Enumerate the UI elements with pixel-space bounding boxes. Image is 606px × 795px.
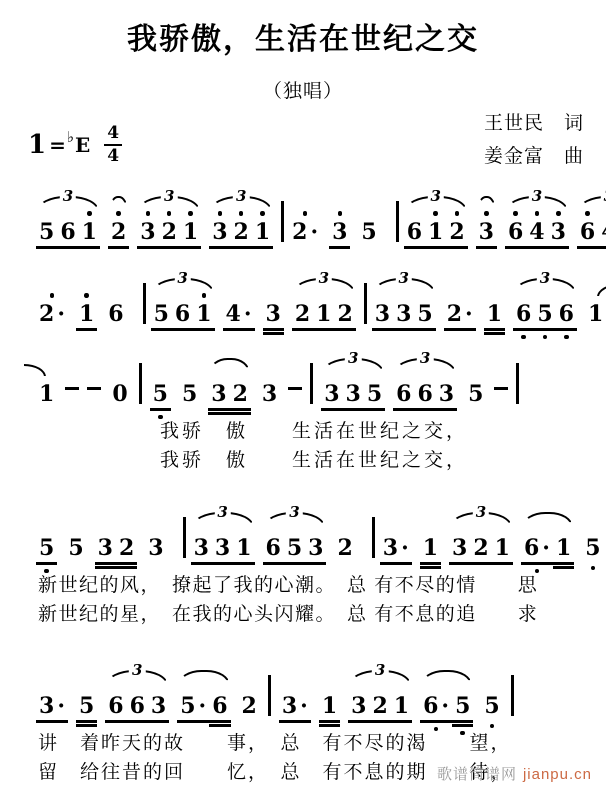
- note: 3: [145, 535, 166, 561]
- augmentation-dot: ·: [57, 693, 65, 719]
- note-digit: 6: [407, 219, 422, 245]
- note: 4: [598, 219, 606, 245]
- octave-dot-low: [582, 566, 603, 571]
- note-group: 3: [259, 381, 280, 407]
- underline-beam: [380, 562, 412, 564]
- note: 2·: [444, 301, 476, 327]
- note: 3: [212, 535, 233, 561]
- note-digit: 6: [130, 693, 145, 719]
- octave-dot-high: [193, 293, 214, 298]
- note: 3: [305, 535, 326, 561]
- note-group: 2·: [289, 219, 321, 245]
- note-group: 1: [319, 693, 340, 719]
- note-group: 5: [582, 535, 603, 561]
- note: 1: [585, 301, 606, 327]
- triplet-label: 3: [316, 271, 332, 286]
- note: 6·: [521, 535, 553, 561]
- note-digit: 1: [487, 301, 502, 327]
- underline-beam: [513, 328, 534, 330]
- triplet-group: 3653: [263, 535, 327, 561]
- note-digit: 3: [215, 535, 230, 561]
- underline-beam: [263, 328, 284, 330]
- underline-beam: [414, 328, 435, 330]
- music-line-2: 2·1635614·3321233352·136561: [36, 295, 606, 327]
- triplet-group: 3663: [393, 381, 457, 407]
- note-digit: 5: [39, 535, 54, 561]
- lyrics-line-4-verse-1: 新世纪的风， 撩起了我的心潮。 总 有不尽的情 思: [38, 571, 606, 600]
- note-digit: 1: [79, 301, 94, 327]
- note-digit: 4: [226, 301, 241, 327]
- note-digit: 2: [449, 219, 464, 245]
- underline-beam: [148, 720, 169, 722]
- triplet-label: 3: [529, 189, 545, 204]
- underline-beam: [223, 328, 255, 330]
- triplet-group: 3212: [292, 301, 356, 327]
- dash-prolong: [288, 375, 302, 401]
- augmentation-dot: ·: [441, 693, 449, 719]
- key-equals: =: [49, 133, 66, 157]
- music-line-4: 553233331365323·133216·15: [36, 529, 606, 561]
- note-digit: 3: [262, 381, 277, 407]
- note: 2·: [36, 301, 68, 327]
- note-digit: 0: [112, 381, 127, 407]
- note-digit: 5: [468, 381, 483, 407]
- underline-beam: [420, 720, 452, 722]
- note-group: 3: [263, 301, 284, 327]
- note: 2: [334, 301, 355, 327]
- octave-dot-low: [521, 569, 553, 574]
- note: 3: [321, 381, 342, 407]
- octave-dot-high: [548, 211, 569, 216]
- note: 5: [36, 219, 57, 245]
- octave-dot-high: [209, 211, 230, 216]
- underline-beam: [76, 724, 97, 726]
- underline-beam: [127, 720, 148, 722]
- underline-beam: [212, 562, 233, 564]
- underline-beam: [452, 724, 473, 726]
- underline-beam: [436, 408, 457, 410]
- underline-beam: [116, 562, 137, 564]
- slur-arc: [421, 670, 472, 685]
- note-digit: 1: [39, 381, 54, 407]
- octave-dot-high: [108, 211, 129, 216]
- underline-beam: [36, 720, 68, 722]
- note-digit: 1: [316, 301, 331, 327]
- underline-beam: [321, 408, 342, 410]
- octave-dot-low: [513, 335, 534, 340]
- slur-arc: [522, 512, 573, 527]
- augmentation-dot: ·: [465, 301, 473, 327]
- note-digit: 3: [375, 301, 390, 327]
- underline-beam: [57, 246, 78, 248]
- octave-dot-high: [252, 211, 273, 216]
- note-digit: 3: [140, 219, 155, 245]
- octave-dot-high: [36, 293, 68, 298]
- triplet-group: 3335: [372, 301, 436, 327]
- underline-beam: [521, 562, 553, 564]
- note-digit: 5: [39, 219, 54, 245]
- triplet-group: 3331: [191, 535, 255, 561]
- triplet-group: 3321: [449, 535, 513, 561]
- note: 5: [582, 535, 603, 561]
- note-digit: 1: [322, 693, 337, 719]
- note: 2: [231, 219, 252, 245]
- note-digit: 1: [255, 219, 270, 245]
- triplet-label: 3: [601, 189, 606, 204]
- note-digit: 5: [287, 535, 302, 561]
- underline-beam: [343, 408, 364, 410]
- note: 2: [446, 219, 467, 245]
- note-digit: 6: [396, 381, 411, 407]
- triplet-label: 3: [233, 189, 249, 204]
- composer: 姜金富 曲: [484, 140, 584, 173]
- note-group: 3: [145, 535, 166, 561]
- octave-dot-low: [36, 569, 57, 574]
- note: 3: [343, 381, 364, 407]
- underline-beam: [319, 720, 340, 722]
- note: 1: [36, 381, 57, 407]
- note: 5: [481, 693, 502, 719]
- note-digit: 1: [236, 535, 251, 561]
- note: 6: [556, 301, 577, 327]
- triplet-label: 3: [537, 271, 553, 286]
- note: 1: [180, 219, 201, 245]
- note: 3: [208, 381, 229, 407]
- octave-dot-low: [452, 731, 473, 736]
- octave-dot-high: [598, 211, 606, 216]
- underline-beam: [420, 566, 441, 568]
- note-digit: 6: [508, 219, 523, 245]
- credits: 王世民 词 姜金富 曲: [484, 107, 584, 173]
- note: 6: [263, 535, 284, 561]
- underline-beam: [209, 724, 230, 726]
- underline-beam: [452, 720, 473, 722]
- underline-beam: [79, 246, 100, 248]
- underline-beam: [505, 246, 526, 248]
- note-digit: 5: [585, 535, 600, 561]
- note-digit: 1: [423, 535, 438, 561]
- octave-dot-high: [329, 211, 350, 216]
- underline-beam: [319, 724, 340, 726]
- note-digit: 5: [484, 693, 499, 719]
- note-group: 1: [76, 301, 97, 327]
- note-digit: 1: [428, 219, 443, 245]
- note-digit: 3: [308, 535, 323, 561]
- slur-group: 32: [208, 381, 251, 407]
- note: 5: [534, 301, 555, 327]
- octave-dot-low: [420, 727, 452, 732]
- song-title: 我骄傲，生活在世纪之交: [0, 14, 606, 58]
- note: 3·: [279, 693, 311, 719]
- tie-arc: [24, 364, 46, 376]
- note: 5: [65, 535, 86, 561]
- note: 1: [252, 219, 273, 245]
- barline: [511, 687, 514, 713]
- note: 3: [548, 219, 569, 245]
- note-group: 3: [329, 219, 350, 245]
- octave-dot-high: [231, 211, 252, 216]
- note-group: 2·: [444, 301, 476, 327]
- note-group: 1: [420, 535, 441, 561]
- note-group: 5: [150, 381, 171, 407]
- dash-prolong: [87, 375, 101, 401]
- note-digit: 2: [233, 381, 248, 407]
- underline-beam: [548, 246, 569, 248]
- triplet-label: 3: [286, 505, 302, 520]
- note-digit: 3: [266, 301, 281, 327]
- note-digit: 6: [60, 219, 75, 245]
- note-digit: 1: [588, 301, 603, 327]
- note-digit: 2: [111, 219, 126, 245]
- key-letter: E: [75, 133, 90, 157]
- underline-beam: [230, 408, 251, 410]
- note-group: 4·: [223, 301, 255, 327]
- note-digit: 6: [212, 693, 227, 719]
- dash-prolong: [65, 375, 79, 401]
- note: 2: [116, 535, 137, 561]
- underline-beam: [208, 412, 229, 414]
- note-digit: 2: [162, 219, 177, 245]
- underline-beam: [369, 720, 390, 722]
- triplet-group: 3561: [151, 301, 215, 327]
- note: 1: [420, 535, 441, 561]
- underline-beam: [36, 246, 57, 248]
- underline-beam: [95, 562, 116, 564]
- note-digit: 3: [351, 693, 366, 719]
- note: 3: [259, 381, 280, 407]
- triplet-group: 3335: [321, 381, 385, 407]
- note-group: 1: [484, 301, 505, 327]
- note: 5: [151, 301, 172, 327]
- underline-beam: [233, 562, 254, 564]
- augmentation-dot: ·: [542, 535, 550, 561]
- octave-dot-high: [159, 211, 180, 216]
- underline-beam: [95, 566, 116, 568]
- note: 3·: [380, 535, 412, 561]
- note: 6: [505, 219, 526, 245]
- note-group: 1: [36, 381, 57, 407]
- note: 0: [109, 381, 130, 407]
- lyrics-line-5-verse-1: 讲 着昨天的故 事， 总 有不尽的渴 望，: [38, 729, 606, 758]
- underline-beam: [208, 408, 229, 410]
- note: 1: [484, 301, 505, 327]
- note-digit: 5: [367, 381, 382, 407]
- meta-row: 1 = ♭ E 4 4 王世民 词 姜金富 曲: [0, 107, 606, 171]
- note-digit: 3: [98, 535, 113, 561]
- note-digit: 3: [324, 381, 339, 407]
- note-digit: 6: [175, 301, 190, 327]
- music-line-1: 35612332133212·353612336433643: [36, 213, 606, 245]
- note: 6: [105, 693, 126, 719]
- note-digit: 3: [396, 301, 411, 327]
- note: 2: [108, 219, 129, 245]
- note: 2: [230, 381, 251, 407]
- underline-beam: [76, 720, 97, 722]
- time-signature: 4 4: [104, 125, 122, 165]
- note-digit: 2: [337, 535, 352, 561]
- note-group: 2: [334, 535, 355, 561]
- triplet-group: 3321: [209, 219, 273, 245]
- barline: [516, 375, 519, 401]
- note-digit: 5: [180, 693, 195, 719]
- note-group: 32: [95, 535, 138, 561]
- note-digit: 1: [495, 535, 510, 561]
- underline-beam: [116, 566, 137, 568]
- note-digit: 3: [332, 219, 347, 245]
- note: 1: [425, 219, 446, 245]
- underline-beam: [598, 246, 606, 248]
- note: 1: [319, 693, 340, 719]
- note: 2: [292, 301, 313, 327]
- triplet-label: 3: [174, 271, 190, 286]
- note-digit: 5: [361, 219, 376, 245]
- triplet-group: 3561: [36, 219, 100, 245]
- triplet-group: 3321: [348, 693, 412, 719]
- note: 6: [513, 301, 534, 327]
- meter-numerator: 4: [104, 125, 122, 146]
- octave-dot-high: [180, 211, 201, 216]
- note: 3: [476, 219, 497, 245]
- note: 5: [179, 381, 200, 407]
- note-digit: 2: [295, 301, 310, 327]
- octave-dot-high: [425, 211, 446, 216]
- underline-beam: [313, 328, 334, 330]
- underline-beam: [446, 246, 467, 248]
- underline-beam: [556, 328, 577, 330]
- note-group: 3·: [380, 535, 412, 561]
- note: 6: [105, 301, 126, 327]
- note-group: 5: [65, 535, 86, 561]
- note: 1: [76, 301, 97, 327]
- note: 5·: [177, 693, 209, 719]
- note-group: 5: [465, 381, 486, 407]
- note-digit: 4: [601, 219, 606, 245]
- note-digit: 5: [417, 301, 432, 327]
- note-group: 3·: [36, 693, 68, 719]
- underline-beam: [263, 332, 284, 334]
- slur-group: 6·5: [420, 693, 473, 719]
- note-digit: 2: [292, 219, 307, 245]
- underline-beam: [230, 412, 251, 414]
- barline: [310, 375, 313, 401]
- note: 5: [150, 381, 171, 407]
- note-group: 2·: [36, 301, 68, 327]
- underline-beam: [284, 562, 305, 564]
- note: 6: [404, 219, 425, 245]
- note-digit: 5: [537, 301, 552, 327]
- note: 3: [348, 693, 369, 719]
- underline-beam: [484, 332, 505, 334]
- note: 1: [193, 301, 214, 327]
- note: 3: [191, 535, 212, 561]
- octave-dot-high: [577, 211, 598, 216]
- note: 4·: [223, 301, 255, 327]
- note-group: 5: [36, 535, 57, 561]
- octave-dot-low: [556, 335, 577, 340]
- octave-dot-high: [526, 211, 547, 216]
- note: 5: [452, 693, 473, 719]
- music-line-3: 1055323333536635: [36, 375, 606, 407]
- underline-beam: [177, 720, 209, 722]
- watermark: 歌谱简谱网jianpu.cn: [437, 763, 592, 784]
- octave-dot-high: [79, 211, 100, 216]
- note-digit: 2: [337, 301, 352, 327]
- triplet-label: 3: [473, 505, 489, 520]
- underline-beam: [334, 328, 355, 330]
- underline-beam: [492, 562, 513, 564]
- underline-beam: [404, 246, 425, 248]
- note-digit: 6: [108, 693, 123, 719]
- underline-beam: [108, 246, 129, 248]
- note-digit: 5: [79, 693, 94, 719]
- note-digit: 5: [182, 381, 197, 407]
- note-digit: 6: [516, 301, 531, 327]
- augmentation-dot: ·: [57, 301, 65, 327]
- note-digit: 2: [234, 219, 249, 245]
- slur-arc: [209, 358, 250, 373]
- note-digit: 1: [196, 301, 211, 327]
- note: 6: [209, 693, 230, 719]
- note: 5: [284, 535, 305, 561]
- underline-beam: [180, 246, 201, 248]
- barline: [268, 687, 271, 713]
- underline-beam: [526, 246, 547, 248]
- flat-symbol: ♭: [67, 128, 74, 146]
- triplet-label: 3: [129, 663, 145, 678]
- watermark-url-link[interactable]: jianpu.cn: [523, 766, 592, 783]
- octave-dot-high: [289, 211, 321, 216]
- note-digit: 2: [447, 301, 462, 327]
- note: 2: [470, 535, 491, 561]
- note: 2·: [289, 219, 321, 245]
- underline-beam: [364, 408, 385, 410]
- note: 6: [577, 219, 598, 245]
- octave-dot-low: [481, 724, 502, 729]
- underline-beam: [252, 246, 273, 248]
- note-digit: 3: [282, 693, 297, 719]
- note: 6: [127, 693, 148, 719]
- slur-arc: [109, 196, 128, 211]
- octave-dot-high: [476, 211, 497, 216]
- note-digit: 1: [82, 219, 97, 245]
- note: 1: [553, 535, 574, 561]
- note-digit: 6: [108, 301, 123, 327]
- note: 3: [95, 535, 116, 561]
- note: 5: [36, 535, 57, 561]
- key-signature: 1 = ♭ E 4 4: [28, 125, 122, 165]
- underline-beam: [305, 562, 326, 564]
- triplet-label: 3: [372, 663, 388, 678]
- triplet-label: 3: [161, 189, 177, 204]
- note: 5: [364, 381, 385, 407]
- note-digit: 2: [39, 301, 54, 327]
- triplet-group: 3663: [105, 693, 169, 719]
- barline: [139, 375, 142, 401]
- slur-arc: [477, 196, 496, 211]
- note-group: 2: [239, 693, 260, 719]
- note-group: 1: [585, 301, 606, 327]
- note: 3: [436, 381, 457, 407]
- note-digit: 6: [580, 219, 595, 245]
- underline-beam: [36, 562, 57, 564]
- note-digit: 2: [473, 535, 488, 561]
- octave-dot-low: [150, 415, 171, 420]
- note: 1: [313, 301, 334, 327]
- slur-arc: [178, 670, 229, 685]
- note-digit: 6: [524, 535, 539, 561]
- tie-arc: [597, 284, 606, 296]
- slur-group: 2: [108, 219, 129, 245]
